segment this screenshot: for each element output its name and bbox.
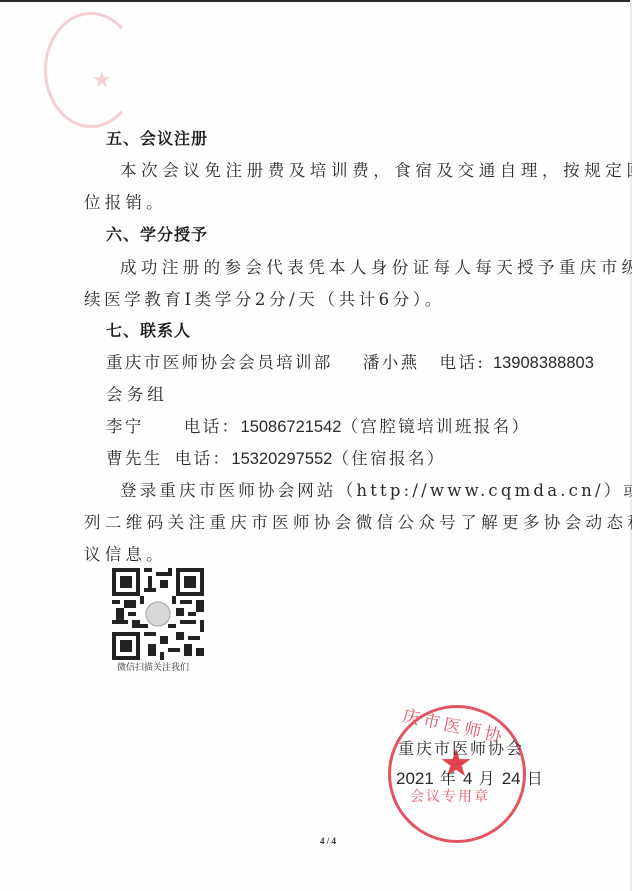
date-year-unit: 年: [440, 769, 457, 788]
date-month-unit: 月: [479, 769, 496, 788]
contact-phone: 15086721542: [241, 418, 342, 436]
contact-group-label: 会务组: [106, 381, 168, 405]
contact-phone-label: 电话：: [184, 417, 241, 436]
qr-caption: 微信扫描关注我们: [117, 660, 189, 673]
contact-dept-row: 重庆市医师协会会员培训部潘小燕电话: 13908388803: [106, 349, 594, 373]
contact-name: 李宁: [106, 417, 144, 436]
contact-phone-label: 电话：: [175, 449, 232, 468]
contact-note: （住宿报名）: [332, 449, 445, 468]
date-year: 2021: [396, 769, 434, 788]
contact-row: 曹先生电话：15320297552（住宿报名）: [106, 445, 446, 469]
contact-dept-person: 潘小燕: [363, 353, 420, 372]
signature-org: 重庆市医师协会: [398, 736, 524, 759]
section-heading-contacts: 七、联系人: [106, 318, 191, 341]
credits-body-line2: 续医学教育Ⅰ类学分2分/天（共计6分）。: [84, 286, 445, 310]
date-day: 24: [502, 769, 521, 788]
date-day-unit: 日: [527, 769, 544, 788]
date-month: 4: [463, 769, 472, 788]
seal-bottom-text: 会议专用章: [410, 786, 490, 806]
contact-row: 李宁电话：15086721542（宫腔镜培训班报名）: [106, 413, 530, 437]
website-line3: 议信息。: [84, 541, 167, 565]
bleed-through-stamp: [44, 12, 138, 128]
website-line1: 登录重庆市医师协会网站（http://www.cqmda.cn/）或扫描下: [120, 477, 632, 501]
contact-note: （宫腔镜培训班报名）: [341, 417, 530, 436]
section-heading-credits: 六、学分授予: [106, 222, 208, 245]
contact-dept: 重庆市医师协会会员培训部: [106, 353, 333, 372]
signature-date: 2021 年 4 月 24 日: [396, 766, 544, 789]
page-number: 4 / 4: [320, 836, 336, 846]
contact-dept-phone: 13908388803: [493, 354, 594, 372]
wechat-qr-code[interactable]: [112, 568, 204, 660]
contact-name: 曹先生: [106, 449, 163, 468]
registration-body-line1: 本次会议免注册费及培训费，食宿及交通自理，按规定回单: [120, 157, 632, 181]
website-line2: 列二维码关注重庆市医师协会微信公众号了解更多协会动态和会: [84, 509, 632, 533]
section-heading-registration: 五、会议注册: [106, 126, 208, 149]
bleed-through-star-icon: ★: [92, 68, 112, 93]
page-top-border: [0, 0, 632, 2]
contact-dept-phone-label: 电话:: [440, 353, 486, 372]
registration-body-line2: 位报销。: [84, 189, 167, 213]
credits-body-line1: 成功注册的参会代表凭本人身份证每人每天授予重庆市级继: [120, 254, 632, 278]
contact-phone: 15320297552: [231, 450, 332, 468]
